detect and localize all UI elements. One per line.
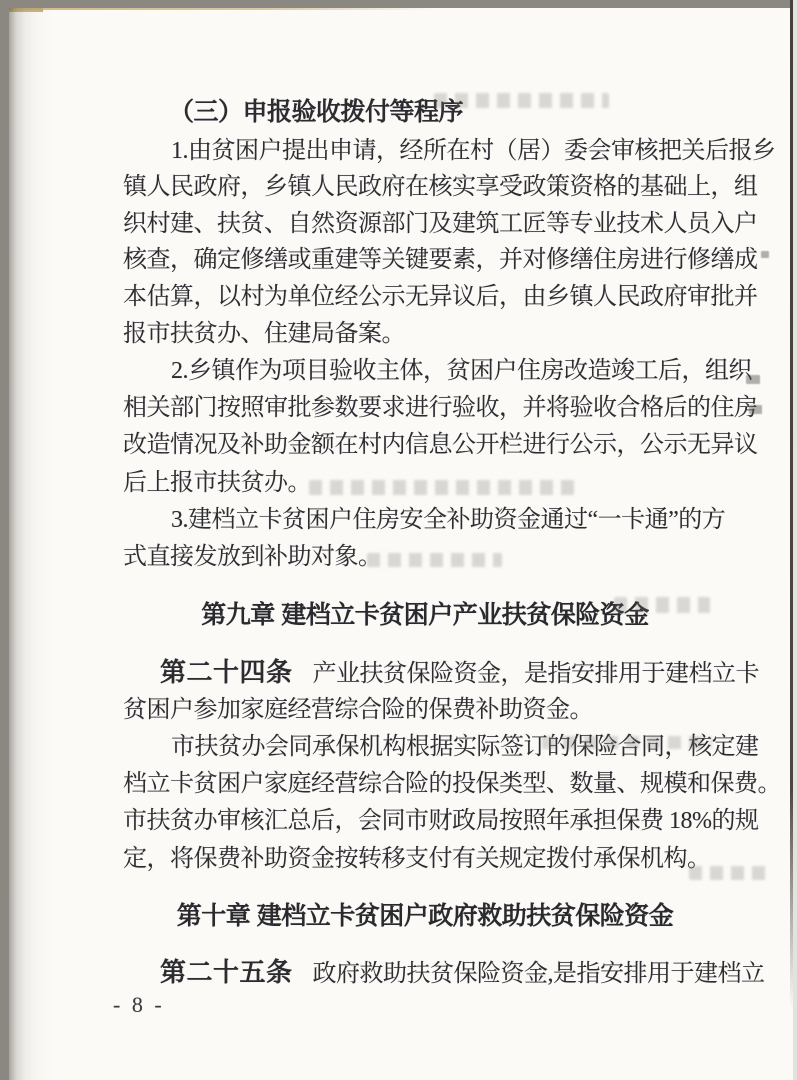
article-text: 产业扶贫保险资金，是指安排用于建档立卡	[313, 661, 760, 687]
paragraph-line: 式直接发放到补助对象。	[123, 544, 382, 570]
paragraph-line: 织村建、扶贫、自然资源部门及建筑工匠等专业技术人员入户	[123, 211, 758, 237]
paragraph-line: 市扶贫办审核汇总后，会同市财政局按照年承担保费 18%的规	[123, 808, 759, 834]
bleedthrough-smudge	[309, 480, 574, 495]
paragraph-line: 后上报市扶贫办。	[123, 470, 311, 496]
binding-shadow	[9, 8, 55, 1080]
paragraph-line: 档立卡贫困户家庭经营综合险的投保类型、数量、规模和保费。	[123, 771, 781, 797]
paragraph-line: 市扶贫办会同承保机构根据实际签订的保险合同，核定建	[171, 734, 759, 760]
paragraph-line: 1.由贫困户提出申请，经所在村（居）委会审核把关后报乡	[171, 138, 776, 164]
subsection-heading: （三）申报验收拨付等程序	[169, 100, 463, 126]
paragraph-line: 核查，确定修缮或重建等关键要素，并对修缮住房进行修缮成	[123, 247, 758, 273]
page-corner-edge	[9, 8, 43, 12]
paragraph-line: 改造情况及补助金额在村内信息公开栏进行公示，公示无异议	[123, 432, 758, 458]
article-text: 政府救助扶贫保险资金,是指安排用于建档立	[313, 961, 765, 987]
bleedthrough-smudge	[367, 553, 502, 567]
paragraph-line: 3.建档立卡贫困户住房安全补助资金通过“一卡通”的方	[171, 507, 725, 533]
article-number-label: 第二十四条	[160, 658, 293, 687]
chapter-ten-heading: 第十章 建档立卡贫困户政府救助扶贫保险资金	[123, 903, 727, 929]
scanner-right-gap	[793, 0, 797, 1080]
paragraph-line: 镇人民政府，乡镇人民政府在核实享受政策资格的基础上，组	[123, 174, 758, 200]
article-number-label: 第二十五条	[160, 958, 293, 987]
page-top-edge	[9, 8, 439, 10]
article-line: 第二十五条政府救助扶贫保险资金,是指安排用于建档立	[160, 960, 765, 987]
page-number: - 8 -	[113, 992, 165, 1018]
scanned-page: （三）申报验收拨付等程序 1.由贫困户提出申请，经所在村（居）委会审核把关后报乡…	[9, 8, 797, 1080]
paragraph-line: 贫困户参加家庭经营综合险的保费补助资金。	[123, 697, 593, 723]
paragraph-line: 定，将保费补助资金按转移支付有关规定拨付承保机构。	[123, 846, 711, 872]
paragraph-line: 本估算，以村为单位经公示无异议后，由乡镇人民政府审批并	[123, 284, 758, 310]
paragraph-line: 报市扶贫办、住建局备案。	[123, 321, 405, 347]
paragraph-line: 2.乡镇作为项目验收主体，贫困户住房改造竣工后，组织	[171, 358, 752, 384]
ink-speck	[761, 251, 769, 258]
article-line: 第二十四条产业扶贫保险资金，是指安排用于建档立卡	[160, 660, 759, 687]
chapter-nine-heading: 第九章 建档立卡贫困户产业扶贫保险资金	[123, 602, 727, 628]
paragraph-line: 相关部门按照审批参数要求进行验收，并将验收合格后的住房	[123, 395, 758, 421]
